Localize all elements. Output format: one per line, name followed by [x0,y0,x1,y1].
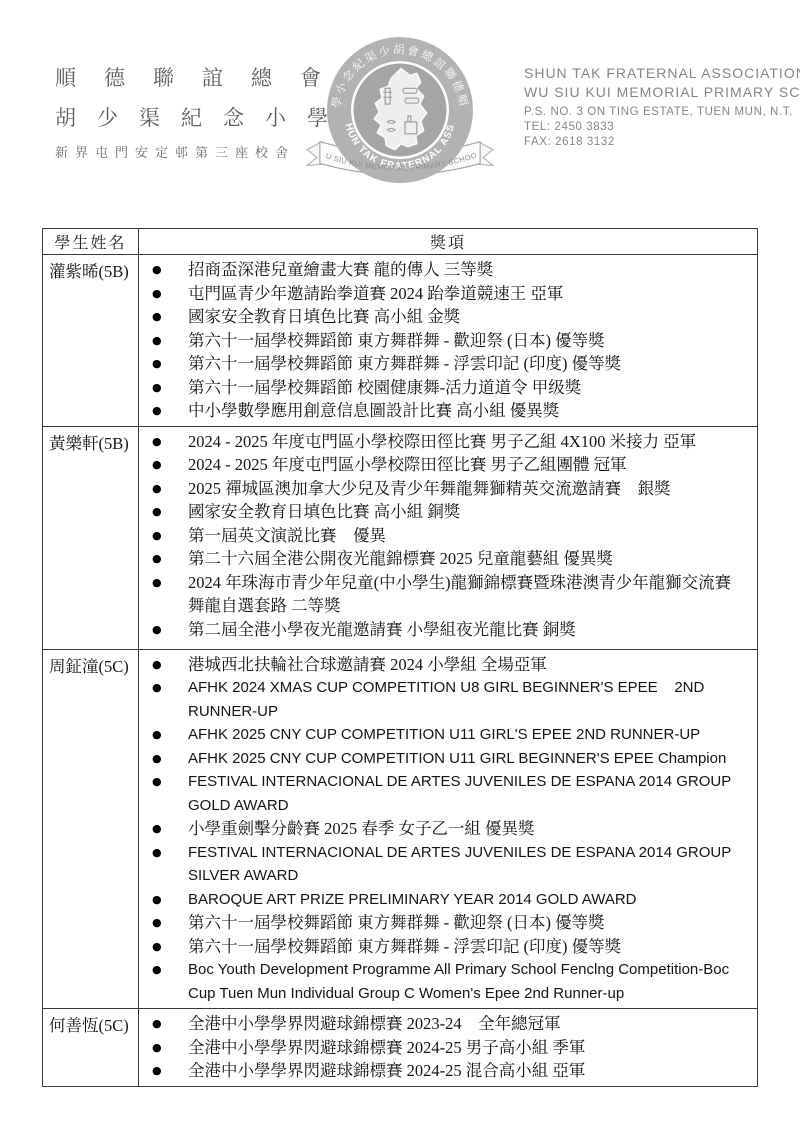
award-text: 全港中小學學界閃避球錦標賽 2023-24 全年總冠軍 [188,1012,751,1036]
bullet-icon: ● [139,500,188,524]
bullet-icon: ● [139,305,188,329]
award-text: 國家安全教育日填色比賽 高小組 銅獎 [188,500,751,524]
award-text: 全港中小學學界閃避球錦標賽 2024-25 男子高小組 季軍 [188,1036,751,1060]
award-item: ●2024 - 2025 年度屯門區小學校際田徑比賽 男子乙組 4X100 米接… [139,430,751,454]
award-item: ●港城西北扶輪社合球邀請賽 2024 小學組 全場亞軍 [139,653,751,677]
bullet-icon: ● [139,571,188,595]
school-badge-logo: 學小念紀渠少胡會總誼聯德順 SHUN TAK FRATERNAL ASSN WU… [306,30,494,200]
scanned-letter-page: { "header": { "school_name_zh_line1": "順… [0,0,800,1131]
award-item: ●國家安全教育日填色比賽 高小組 銅獎 [139,500,751,524]
column-header-student-name: 學生姓名 [43,229,139,255]
bullet-icon: ● [139,524,188,548]
award-item: ●第六十一屆學校舞蹈節 東方舞群舞 - 歡迎祭 (日本) 優等獎 [139,329,751,353]
school-info-english-block: SHUN TAK FRATERNAL ASSOCIATION WU SIU KU… [524,64,794,150]
award-text: 第六十一屆學校舞蹈節 東方舞群舞 - 浮雲印記 (印度) 優等獎 [188,935,751,959]
bullet-icon: ● [139,935,188,959]
bullet-icon: ● [139,723,188,747]
student-name: 何善恆(5C) [43,1009,139,1087]
bullet-icon: ● [139,676,188,700]
award-item: ●全港中小學學界閃避球錦標賽 2023-24 全年總冠軍 [139,1012,751,1036]
bullet-icon: ● [139,282,188,306]
award-item: ●FESTIVAL INTERNACIONAL DE ARTES JUVENIL… [139,841,751,888]
award-item: ●全港中小學學界閃避球錦標賽 2024-25 混合高小組 亞軍 [139,1059,751,1083]
award-item: ●FESTIVAL INTERNACIONAL DE ARTES JUVENIL… [139,770,751,817]
bullet-icon: ● [139,770,188,794]
award-text: AFHK 2025 CNY CUP COMPETITION U11 GIRL B… [188,747,751,771]
award-item: ●國家安全教育日填色比賽 高小組 金獎 [139,305,751,329]
award-text: 中小學數學應用創意信息圖設計比賽 高小組 優異獎 [188,399,751,423]
award-text: 2024 - 2025 年度屯門區小學校際田徑比賽 男子乙組團體 冠軍 [188,453,751,477]
bullet-icon: ● [139,747,188,771]
award-text: Boc Youth Development Programme All Prim… [188,958,751,1005]
bullet-icon: ● [139,1059,188,1083]
table-row: 何善恆(5C)●全港中小學學界閃避球錦標賽 2023-24 全年總冠軍●全港中小… [43,1009,758,1087]
school-name-en-line2: WU SIU KUI MEMORIAL PRIMARY SCHOOL [524,83,794,102]
student-name: 周鉦潼(5C) [43,649,139,1009]
column-header-awards: 獎項 [139,229,758,255]
bullet-icon: ● [139,477,188,501]
award-text: 2024 年珠海市青少年兒童(中小學生)龍獅錦標賽暨珠港澳青少年龍獅交流賽 舞龍… [188,571,751,618]
school-name-en-line1: SHUN TAK FRATERNAL ASSOCIATION [524,64,794,83]
award-text: 第一屆英文演説比賽 優異 [188,524,751,548]
award-item: ●Boc Youth Development Programme All Pri… [139,958,751,1005]
award-text: FESTIVAL INTERNACIONAL DE ARTES JUVENILE… [188,770,751,817]
award-item: ●小學重劍擊分齡賽 2025 春季 女子乙一組 優異獎 [139,817,751,841]
award-text: BAROQUE ART PRIZE PRELIMINARY YEAR 2014 … [188,888,751,912]
award-item: ●中小學數學應用創意信息圖設計比賽 高小組 優異獎 [139,399,751,423]
bullet-icon: ● [139,258,188,282]
awards-cell: ●全港中小學學界閃避球錦標賽 2023-24 全年總冠軍●全港中小學學界閃避球錦… [139,1009,758,1087]
bullet-icon: ● [139,453,188,477]
award-item: ●全港中小學學界閃避球錦標賽 2024-25 男子高小組 季軍 [139,1036,751,1060]
award-item: ●第六十一屆學校舞蹈節 東方舞群舞 - 浮雲印記 (印度) 優等獎 [139,352,751,376]
award-text: 第六十一屆學校舞蹈節 東方舞群舞 - 歡迎祭 (日本) 優等獎 [188,911,751,935]
award-text: 第六十一屆學校舞蹈節 東方舞群舞 - 歡迎祭 (日本) 優等獎 [188,329,751,353]
award-text: 第二十六屆全港公開夜光龍錦標賽 2025 兒童龍藝組 優異獎 [188,547,751,571]
bullet-icon: ● [139,888,188,912]
awards-table-wrapper: 學生姓名 獎項 灌紫晞(5B)●招商盃深港兒童繪畫大賽 龍的傳人 三等獎●屯門區… [42,228,758,1087]
awards-table: 學生姓名 獎項 灌紫晞(5B)●招商盃深港兒童繪畫大賽 龍的傳人 三等獎●屯門區… [42,228,758,1087]
award-text: AFHK 2025 CNY CUP COMPETITION U11 GIRL'S… [188,723,751,747]
student-name: 黃樂軒(5B) [43,426,139,649]
school-badge-icon: 學小念紀渠少胡會總誼聯德順 SHUN TAK FRATERNAL ASSN WU… [306,30,494,200]
award-item: ●第六十一屆學校舞蹈節 校園健康舞-活力道道令 甲级獎 [139,376,751,400]
award-text: 第六十一屆學校舞蹈節 校園健康舞-活力道道令 甲级獎 [188,376,751,400]
student-name: 灌紫晞(5B) [43,255,139,427]
award-text: 第二屆全港小學夜光龍邀請賽 小學組夜光龍比賽 銅獎 [188,618,751,642]
awards-cell: ●2024 - 2025 年度屯門區小學校際田徑比賽 男子乙組 4X100 米接… [139,426,758,649]
award-item: ●AFHK 2025 CNY CUP COMPETITION U11 GIRL … [139,747,751,771]
school-fax: FAX: 2618 3132 [524,135,794,150]
award-item: ●屯門區青少年邀請跆拳道賽 2024 跆拳道競速王 亞軍 [139,282,751,306]
bullet-icon: ● [139,958,188,982]
table-row: 周鉦潼(5C)●港城西北扶輪社合球邀請賽 2024 小學組 全場亞軍●AFHK … [43,649,758,1009]
award-text: 招商盃深港兒童繪畫大賽 龍的傳人 三等獎 [188,258,751,282]
award-text: 小學重劍擊分齡賽 2025 春季 女子乙一組 優異獎 [188,817,751,841]
award-text: 2025 禪城區澳加拿大少兒及青少年舞龍舞獅精英交流邀請賽 銀獎 [188,477,751,501]
award-text: 2024 - 2025 年度屯門區小學校際田徑比賽 男子乙組 4X100 米接力… [188,430,751,454]
award-item: ●第六十一屆學校舞蹈節 東方舞群舞 - 浮雲印記 (印度) 優等獎 [139,935,751,959]
school-address-en: P.S. NO. 3 ON TING ESTATE, TUEN MUN, N.T… [524,105,794,120]
table-row: 黃樂軒(5B)●2024 - 2025 年度屯門區小學校際田徑比賽 男子乙組 4… [43,426,758,649]
awards-cell: ●港城西北扶輪社合球邀請賽 2024 小學組 全場亞軍●AFHK 2024 XM… [139,649,758,1009]
award-item: ●第二屆全港小學夜光龍邀請賽 小學組夜光龍比賽 銅獎 [139,618,751,642]
bullet-icon: ● [139,841,188,865]
bullet-icon: ● [139,430,188,454]
bullet-icon: ● [139,329,188,353]
award-text: AFHK 2024 XMAS CUP COMPETITION U8 GIRL B… [188,676,751,723]
award-text: 港城西北扶輪社合球邀請賽 2024 小學組 全場亞軍 [188,653,751,677]
table-row: 灌紫晞(5B)●招商盃深港兒童繪畫大賽 龍的傳人 三等獎●屯門區青少年邀請跆拳道… [43,255,758,427]
award-text: 全港中小學學界閃避球錦標賽 2024-25 混合高小組 亞軍 [188,1059,751,1083]
table-header-row: 學生姓名 獎項 [43,229,758,255]
award-item: ●2025 禪城區澳加拿大少兒及青少年舞龍舞獅精英交流邀請賽 銀獎 [139,477,751,501]
bullet-icon: ● [139,1012,188,1036]
award-text: 屯門區青少年邀請跆拳道賽 2024 跆拳道競速王 亞軍 [188,282,751,306]
bullet-icon: ● [139,352,188,376]
award-text: 國家安全教育日填色比賽 高小組 金獎 [188,305,751,329]
bullet-icon: ● [139,911,188,935]
award-item: ●第一屆英文演説比賽 優異 [139,524,751,548]
school-tel: TEL: 2450 3833 [524,120,794,135]
award-item: ●AFHK 2025 CNY CUP COMPETITION U11 GIRL'… [139,723,751,747]
awards-cell: ●招商盃深港兒童繪畫大賽 龍的傳人 三等獎●屯門區青少年邀請跆拳道賽 2024 … [139,255,758,427]
award-item: ●第六十一屆學校舞蹈節 東方舞群舞 - 歡迎祭 (日本) 優等獎 [139,911,751,935]
bullet-icon: ● [139,653,188,677]
bullet-icon: ● [139,399,188,423]
award-text: 第六十一屆學校舞蹈節 東方舞群舞 - 浮雲印記 (印度) 優等獎 [188,352,751,376]
award-item: ●第二十六屆全港公開夜光龍錦標賽 2025 兒童龍藝組 優異獎 [139,547,751,571]
award-item: ●招商盃深港兒童繪畫大賽 龍的傳人 三等獎 [139,258,751,282]
bullet-icon: ● [139,1036,188,1060]
bullet-icon: ● [139,376,188,400]
bullet-icon: ● [139,547,188,571]
award-item: ●2024 年珠海市青少年兒童(中小學生)龍獅錦標賽暨珠港澳青少年龍獅交流賽 舞… [139,571,751,618]
award-text: FESTIVAL INTERNACIONAL DE ARTES JUVENILE… [188,841,751,888]
award-item: ●AFHK 2024 XMAS CUP COMPETITION U8 GIRL … [139,676,751,723]
award-item: ●BAROQUE ART PRIZE PRELIMINARY YEAR 2014… [139,888,751,912]
bullet-icon: ● [139,817,188,841]
bullet-icon: ● [139,618,188,642]
award-item: ●2024 - 2025 年度屯門區小學校際田徑比賽 男子乙組團體 冠軍 [139,453,751,477]
awards-table-body: 灌紫晞(5B)●招商盃深港兒童繪畫大賽 龍的傳人 三等獎●屯門區青少年邀請跆拳道… [43,255,758,1087]
